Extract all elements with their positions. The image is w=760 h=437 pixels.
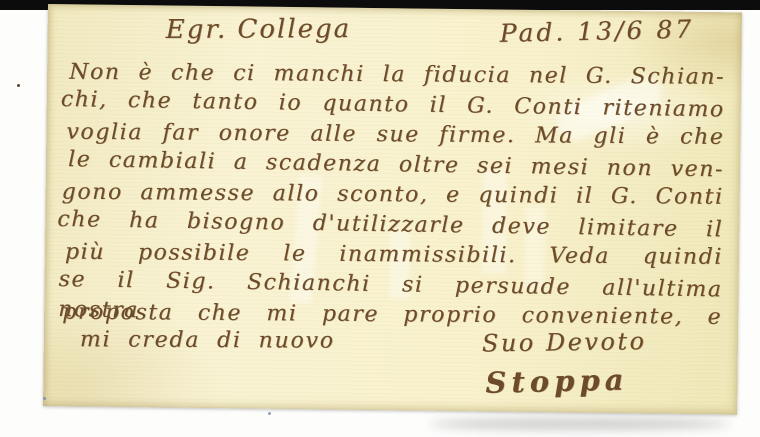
handwritten-postcard: Egr. Collega Pad. 13/6 87 Non è che ci m…	[43, 4, 742, 414]
dateline: Pad. 13/6 87	[499, 15, 694, 48]
dust-speck	[43, 397, 46, 400]
dust-speck	[268, 412, 271, 415]
signature: Stoppa	[485, 363, 629, 400]
salutation: Egr. Collega	[166, 14, 352, 45]
dust-speck	[17, 84, 20, 87]
closing-line: mi creda di nuovo	[80, 327, 335, 353]
card-shadow	[430, 418, 730, 430]
valediction: Suo Devoto	[482, 327, 647, 357]
